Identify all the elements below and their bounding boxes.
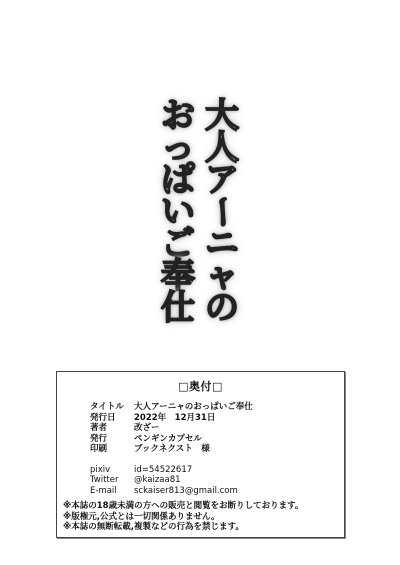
row-value: id=54522617 [134,465,192,476]
row-value: 2022年 12月31日 [134,413,215,424]
note: ※本誌の無断転載,複製などの行為を禁じます。 [63,522,303,533]
title-char: ア [205,164,239,196]
row-key: E-mail [90,486,134,497]
colophon-heading: □奥付□ [57,378,344,394]
row-value: ペンギンカプセル [134,434,202,445]
colophon-box: □奥付□ タイトル大人アーニャのおっぱいご奉仕 発行日2022年 12月31日 … [56,371,345,538]
row-pixiv: pixivid=54522617 [90,465,253,476]
title-char: 仕 [161,292,195,324]
spacer [90,455,253,465]
row-key: 発行 [90,434,134,445]
row-key: タイトル [90,402,134,413]
colophon-details: タイトル大人アーニャのおっぱいご奉仕 発行日2022年 12月31日 著者改ざー… [90,402,253,496]
row-value: sckaiser813@gmail.com [134,486,238,497]
row-key: 著者 [90,423,134,434]
row-email: E-mailsckaiser813@gmail.com [90,486,253,497]
row-author: 著者改ざー [90,423,253,434]
row-key: Twitter [90,475,134,486]
row-key: 印刷 [90,444,134,455]
row-twitter: Twitter@kaizaa81 [90,475,253,486]
row-printer: 印刷ブックネクスト 様 [90,444,253,455]
row-value: ブックネクスト 様 [134,444,210,455]
row-key: pixiv [90,465,134,476]
row-key: 発行日 [90,413,134,424]
row-title: タイトル大人アーニャのおっぱいご奉仕 [90,402,253,413]
title-column-left: お っ ぱ い ご 奉 仕 [158,100,198,324]
note: ※本誌の18歳未満の方への販売と閲覧をお断りしております。 [63,501,303,512]
row-publisher: 発行ペンギンカプセル [90,434,253,445]
title-char: ー [206,195,238,229]
title-char: の [205,292,239,324]
row-date: 発行日2022年 12月31日 [90,413,253,424]
row-value: 大人アーニャのおっぱいご奉仕 [134,402,253,413]
colophon-notes: ※本誌の18歳未満の方への販売と閲覧をお断りしております。 ※版権元,公式とは一… [63,501,303,533]
note: ※版権元,公式とは一切関係ありません。 [63,512,303,523]
row-value: 改ざー [134,423,160,434]
row-value: @kaizaa81 [134,475,181,486]
title-column-right: 大 人 ア ー ニ ャ の [202,100,242,324]
